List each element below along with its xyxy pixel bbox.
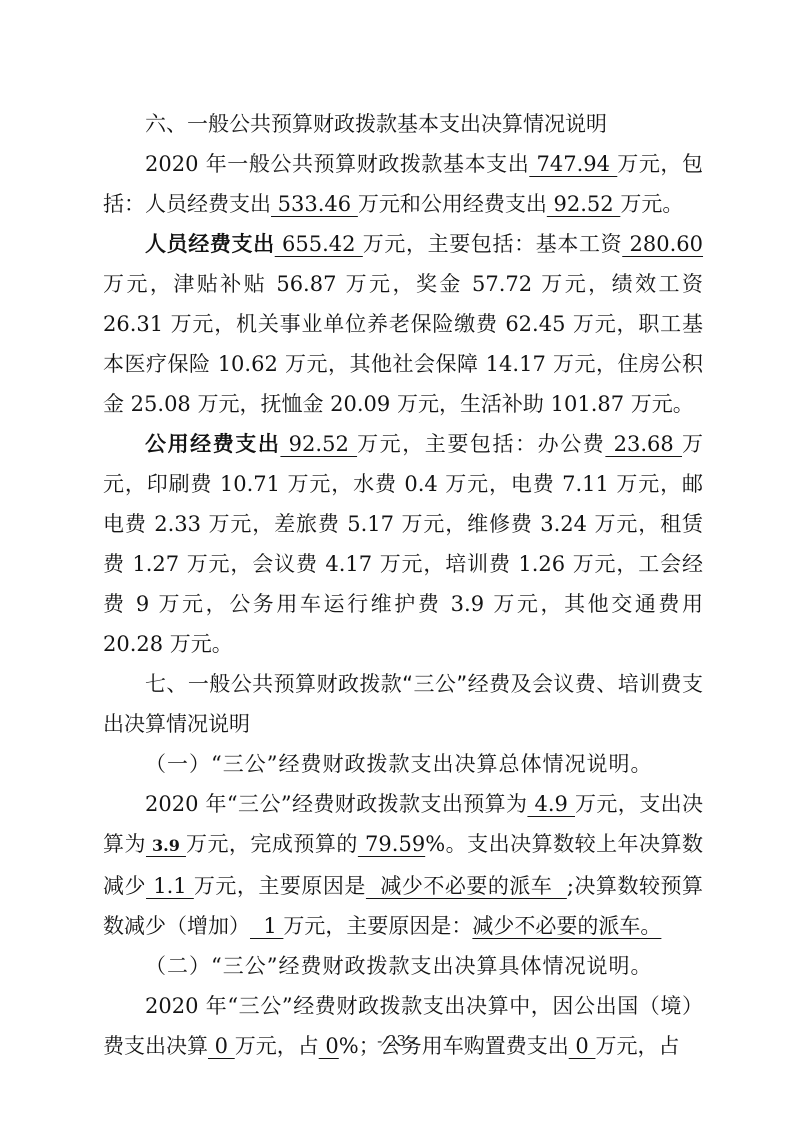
text-run: 万元，津贴补贴 56.87 万元，奖金 57.72 万元，绩效工资 26.31 …	[103, 272, 703, 416]
sub1-heading: （一）“三公”经费财政拨款支出决算总体情况说明。	[103, 744, 703, 784]
text-run: 人员经费支出	[145, 231, 275, 256]
underlined-value: 92.52	[547, 192, 620, 216]
section6-intro-paragraph: 2020 年一般公共预算财政拨款基本支出 747.94 万元，包括：人员经费支出…	[103, 144, 703, 224]
underlined-value: 92.52	[280, 432, 357, 456]
underlined-value: 280.60	[622, 232, 703, 256]
text-run: 万元，印刷费 10.71 万元，水费 0.4 万元，电费 7.11 万元，邮电费…	[103, 432, 703, 656]
text-run: 万元，主要原因是	[194, 874, 366, 898]
underlined-value: 1	[250, 914, 283, 938]
sub2-heading: （二）“三公”经费财政拨款支出决算具体情况说明。	[103, 946, 703, 986]
section7-heading: 七、一般公共预算财政拨款“三公”经费及会议费、培训费支出决算情况说明	[103, 664, 703, 744]
public-expense-paragraph: 公用经费支出 92.52 万元，主要包括：办公费 23.68 万元，印刷费 10…	[103, 424, 703, 664]
page-number: - 23 -	[0, 1028, 793, 1054]
document-body: 六、一般公共预算财政拨款基本支出决算情况说明 2020 年一般公共预算财政拨款基…	[0, 0, 793, 1066]
underlined-value: 3.9	[146, 836, 186, 855]
text-run: 万元和公用经费支出	[358, 192, 547, 216]
text-run: 万元。	[620, 192, 683, 216]
text-run: 六、一般公共预算财政拨款基本支出决算情况说明	[145, 112, 607, 136]
text-run: 公用经费支出	[145, 431, 280, 456]
underlined-value: 533.46	[271, 192, 358, 216]
underlined-value: 655.42	[275, 232, 363, 256]
three-public-detail-paragraph: 2020 年“三公”经费财政拨款支出决算中，因公出国（境）费支出决算 0 万元，…	[103, 986, 703, 1066]
underlined-value: 减少不必要的派车	[366, 874, 567, 898]
text-run: 2020 年“三公”经费财政拨款支出预算为	[145, 792, 527, 816]
text-run: （二）“三公”经费财政拨款支出决算具体情况说明。	[145, 954, 652, 978]
underlined-value: 747.94	[529, 152, 617, 176]
text-run: 万元，主要原因是：	[283, 914, 472, 938]
text-run: 万元，支出	[575, 792, 682, 816]
text-run: 万元，完成预算的	[186, 832, 358, 856]
underlined-value: 79.59	[358, 832, 425, 856]
three-public-overview-paragraph: 2020 年“三公”经费财政拨款支出预算为 4.9 万元，支出决算为 3.9 万…	[103, 784, 703, 946]
personnel-expense-paragraph: 人员经费支出 655.42 万元，主要包括：基本工资 280.60万元，津贴补贴…	[103, 224, 703, 424]
text-run: 2020 年一般公共预算财政拨款基本支出	[145, 152, 529, 176]
text-run: 万元，主要包括：基本工资	[363, 232, 622, 256]
text-run: 七、一般公共预算财政拨款“三公”经费及会议费、培训费支出决算情况说明	[103, 672, 703, 736]
underlined-value: 减少不必要的派车。	[472, 914, 661, 938]
section6-heading: 六、一般公共预算财政拨款基本支出决算情况说明	[103, 104, 703, 144]
underlined-value: 1.1	[146, 874, 194, 898]
text-run: 万元，主要包括：办公费	[357, 432, 605, 456]
underlined-value: 23.68	[605, 432, 682, 456]
text-run: （一）“三公”经费财政拨款支出决算总体情况说明。	[145, 752, 652, 776]
underlined-value: 4.9	[527, 792, 575, 816]
